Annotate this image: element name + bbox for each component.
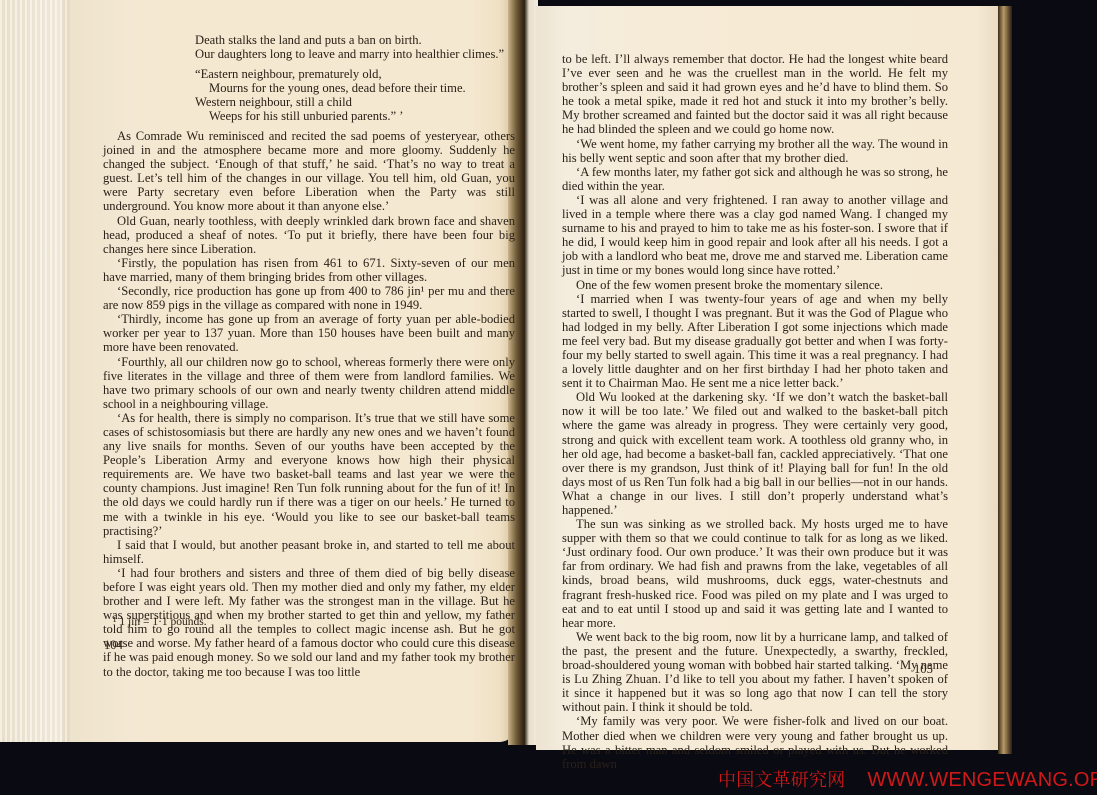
verse-stanza-1: Death stalks the land and puts a ban on … [195,33,504,61]
paragraph: ‘I was all alone and very frightened. I … [562,193,948,278]
site-watermark: 中国文革研究网WWW.WENGEWANG.ORG [718,766,1097,792]
footnote: ¹ 1 jin = 1·1 pounds. [113,616,207,628]
right-page-edge [998,6,1012,754]
verse-stanza-2: “Eastern neighbour, prematurely old, Mou… [195,67,466,123]
verse-line: Our daughters long to leave and marry in… [195,47,504,61]
verse-line: Weeps for his still unburied parents.” ’ [195,109,466,123]
paragraph: Old Guan, nearly toothless, with deeply … [103,214,515,256]
paragraph: ‘Secondly, rice production has gone up f… [103,284,515,312]
paragraph: ‘Thirdly, income has gone up from an ave… [103,312,515,354]
paragraph: The sun was sinking as we strolled back.… [562,517,948,630]
paragraph: ‘We went home, my father carrying my bro… [562,137,948,165]
right-page-body: to be left. I’ll always remember that do… [562,52,948,771]
page-number-right: 105 [914,662,933,677]
paragraph: ‘As for health, there is simply no compa… [103,411,515,538]
paragraph: ‘My family was very poor. We were fisher… [562,714,948,770]
verse-line: “Eastern neighbour, prematurely old, [195,67,466,81]
paragraph: ‘Fourthly, all our children now go to sc… [103,355,515,411]
left-page-body: As Comrade Wu reminisced and recited the… [103,129,515,679]
paragraph: One of the few women present broke the m… [562,278,948,292]
watermark-url: WWW.WENGEWANG.ORG [867,769,1097,791]
paragraph: ‘I married when I was twenty-four years … [562,292,948,391]
paragraph: We went back to the big room, now lit by… [562,630,948,715]
verse-line: Mourns for the young ones, dead before t… [195,81,466,95]
page-number-left: 104 [104,638,123,653]
watermark-chinese: 中国文革研究网 [718,770,845,791]
verse-line: Death stalks the land and puts a ban on … [195,33,504,47]
page-stack-edge [0,0,70,742]
verse-line: Western neighbour, still a child [195,95,466,109]
paragraph: ‘A few months later, my father got sick … [562,165,948,193]
paragraph: Old Wu looked at the darkening sky. ‘If … [562,390,948,517]
paragraph: to be left. I’ll always remember that do… [562,52,948,137]
paragraph: I said that I would, but another peasant… [103,538,515,566]
paragraph: As Comrade Wu reminisced and recited the… [103,129,515,214]
paragraph: ‘Firstly, the population has risen from … [103,256,515,284]
